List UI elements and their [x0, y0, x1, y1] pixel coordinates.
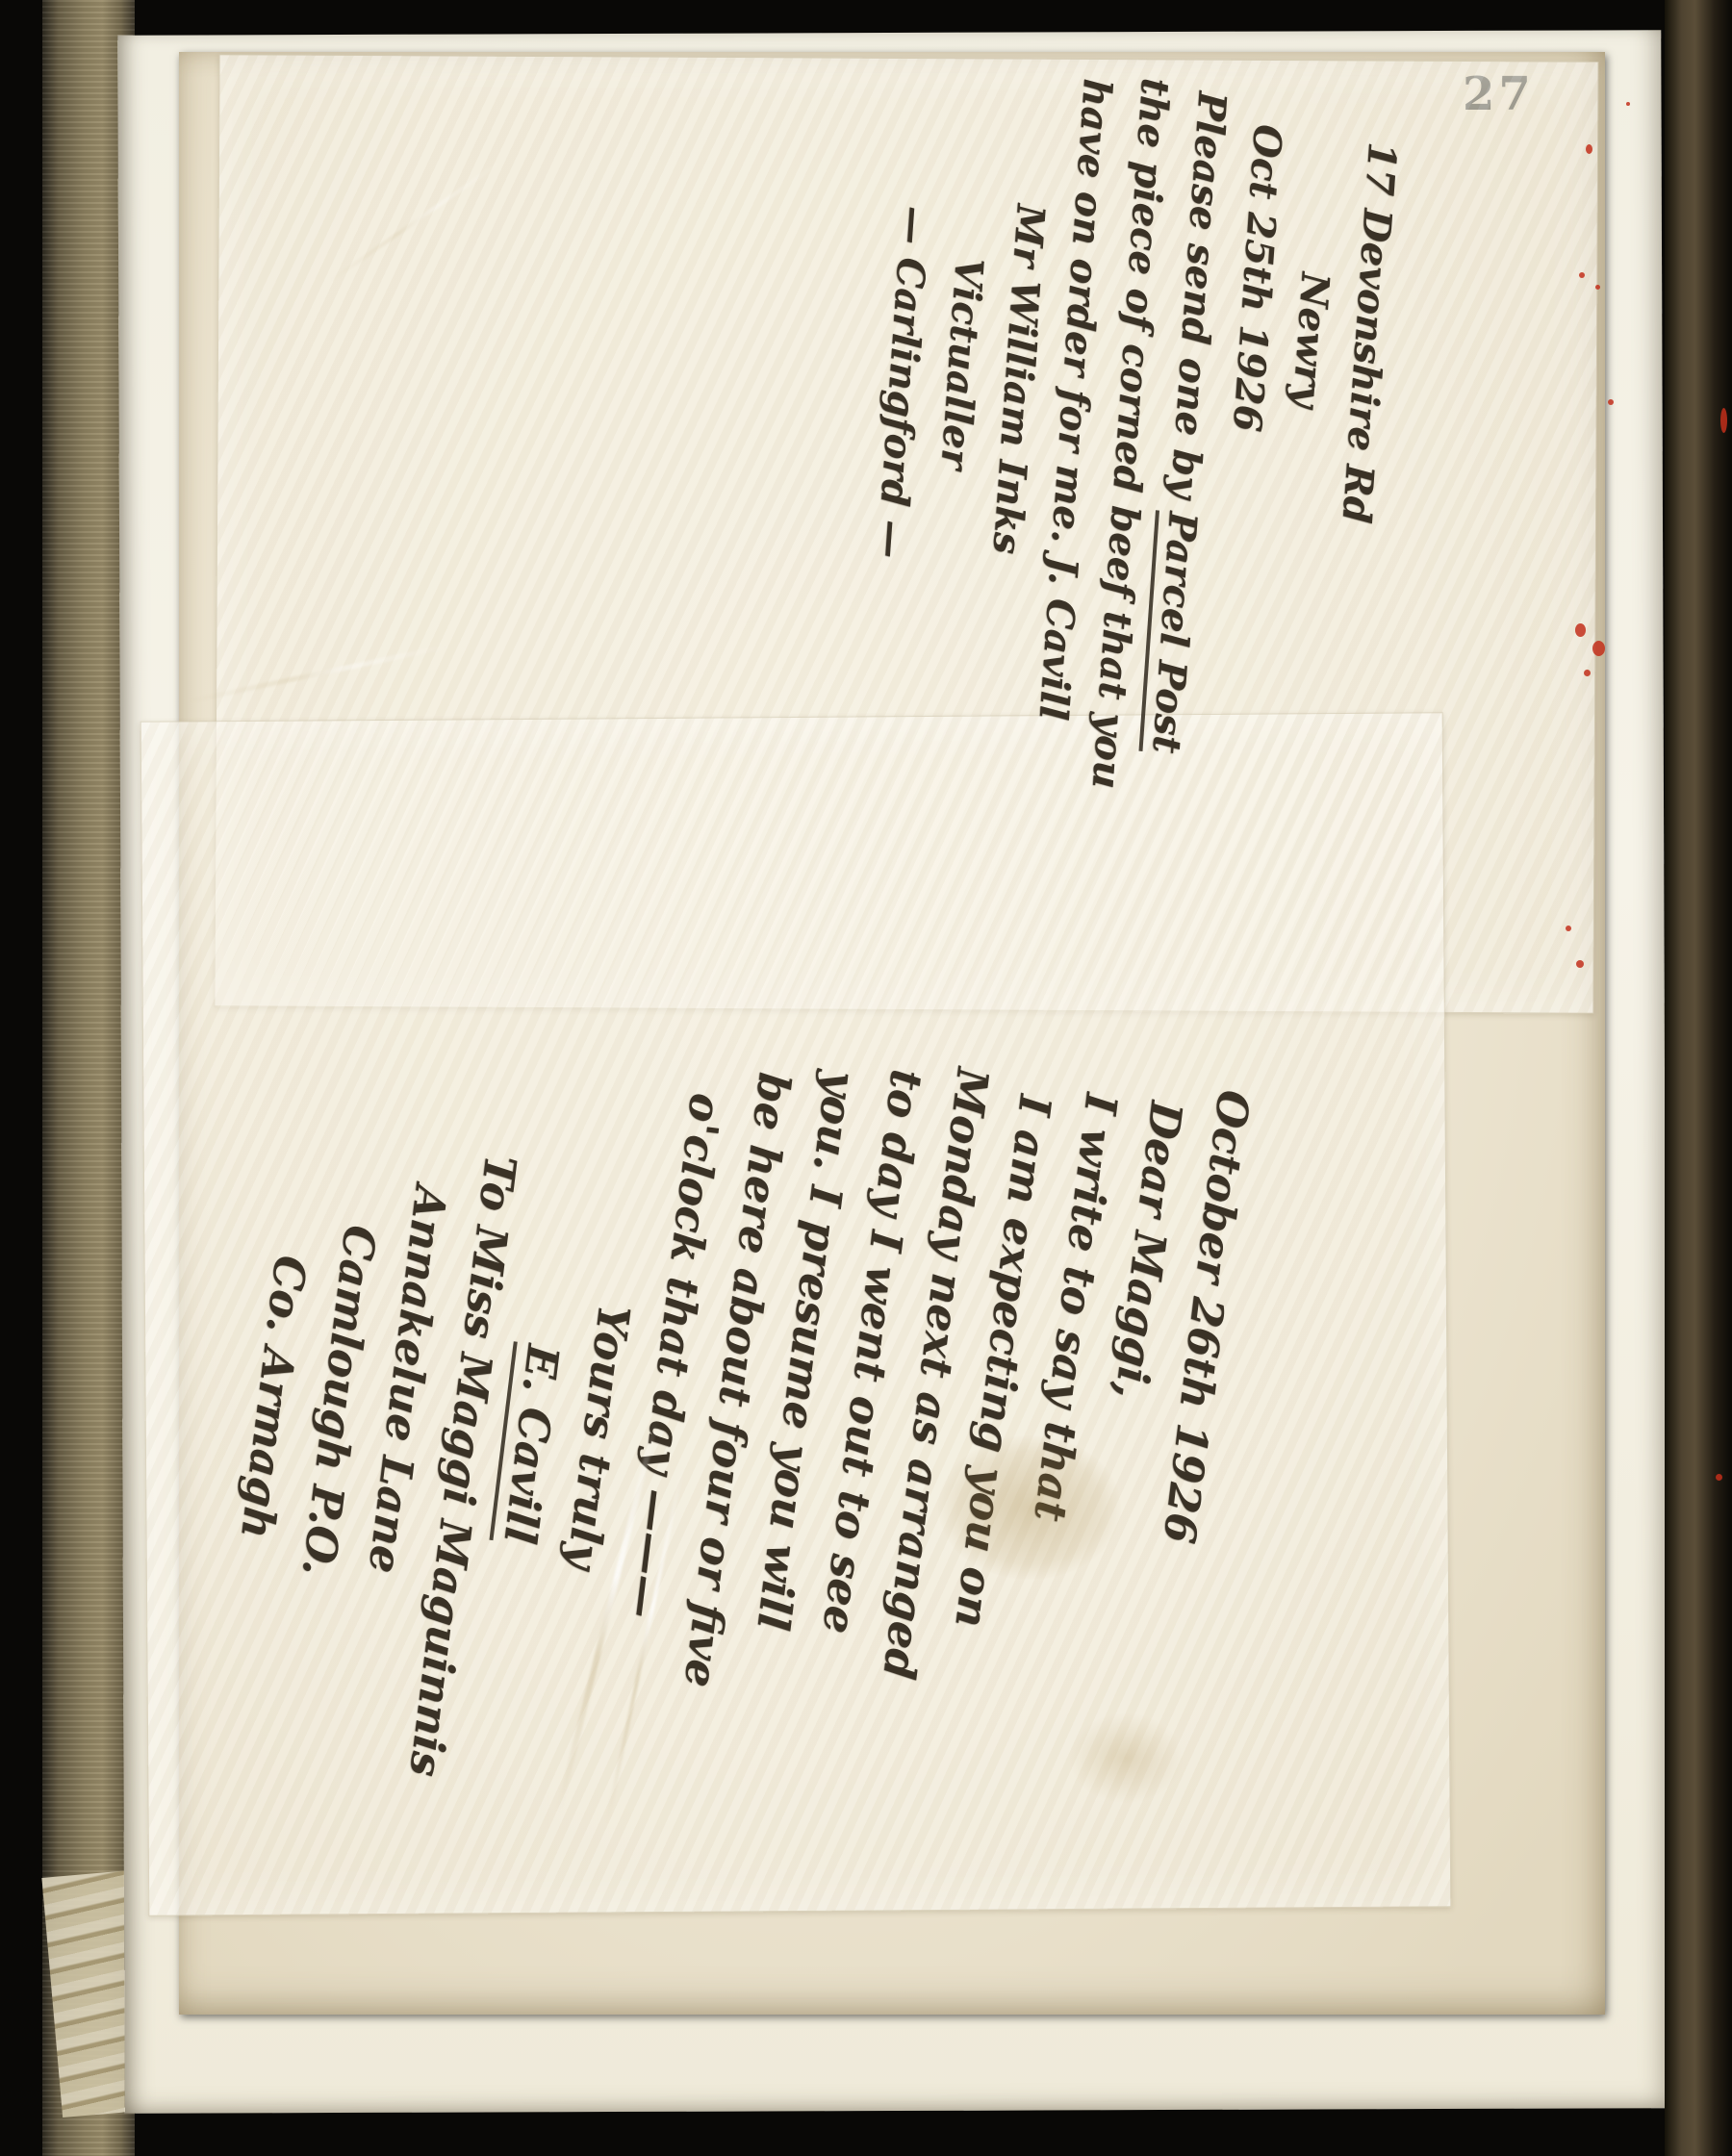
paper-stain [938, 1435, 1121, 1580]
book-cover-edge [1665, 0, 1732, 2156]
letter-1-text: 17 Devonshire Rd Newry Oct 25th 1926 Ple… [846, 55, 1414, 672]
red-fleck [1584, 670, 1591, 676]
red-fleck [1586, 144, 1592, 154]
red-fleck [1595, 285, 1600, 290]
scanned-album-page: 27 17 Devonshire Rd Newry Oct 25th 1926 … [0, 0, 1732, 2156]
red-fleck [1720, 408, 1727, 433]
red-fleck [1576, 960, 1584, 968]
red-fleck [1716, 1474, 1722, 1481]
paper-stain [1068, 1712, 1184, 1804]
red-fleck [1626, 102, 1630, 106]
red-fleck [1579, 272, 1585, 278]
red-fleck [1592, 641, 1605, 656]
red-fleck [1608, 399, 1614, 405]
red-fleck [1575, 623, 1586, 637]
red-fleck [1566, 926, 1571, 931]
